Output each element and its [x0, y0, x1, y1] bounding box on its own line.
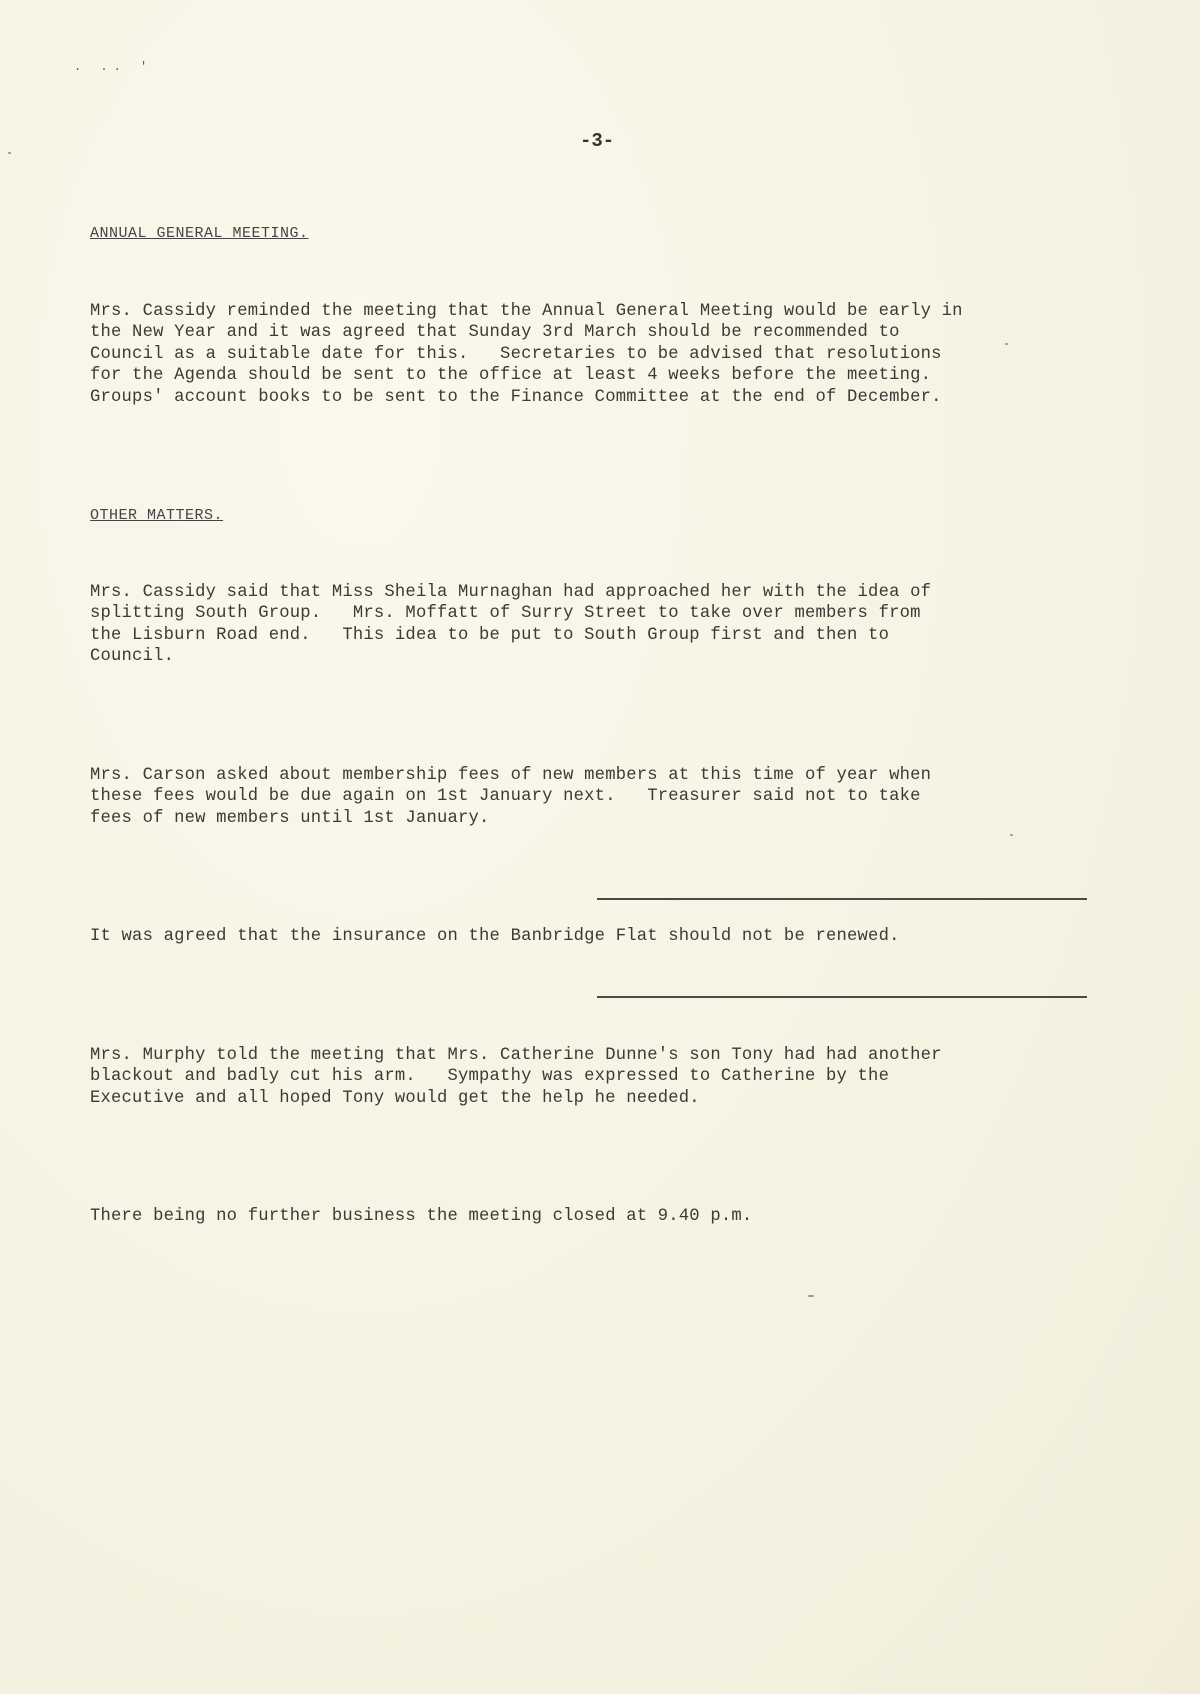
section-heading-annual-general-meeting: ANNUAL GENERAL MEETING. [90, 223, 1120, 245]
paragraph-south-group: Mrs. Cassidy said that Miss Sheila Murna… [90, 582, 1120, 668]
paragraph-closing: There being no further business the meet… [90, 1206, 1120, 1228]
page-number: -3- [580, 130, 614, 152]
scan-speck [1005, 343, 1008, 345]
scanned-page: . .. ' -3- ANNUAL GENERAL MEETING. Mrs. … [0, 0, 1200, 1694]
paragraph-agm: Mrs. Cassidy reminded the meeting that t… [90, 301, 1120, 409]
paragraph-insurance: It was agreed that the insurance on the … [90, 926, 1120, 948]
signature-line-1 [597, 898, 1087, 900]
scan-speck [1010, 834, 1013, 836]
section-heading-other-matters: OTHER MATTERS. [90, 505, 1120, 527]
corner-marks: . .. ' [74, 60, 153, 74]
scan-speck [8, 152, 11, 154]
minutes-body: ANNUAL GENERAL MEETING. Mrs. Cassidy rem… [90, 180, 1120, 1271]
scan-speck [808, 1295, 814, 1297]
paragraph-sympathy: Mrs. Murphy told the meeting that Mrs. C… [90, 1045, 1120, 1110]
signature-line-2 [597, 996, 1087, 998]
paragraph-membership-fees: Mrs. Carson asked about membership fees … [90, 765, 1120, 830]
